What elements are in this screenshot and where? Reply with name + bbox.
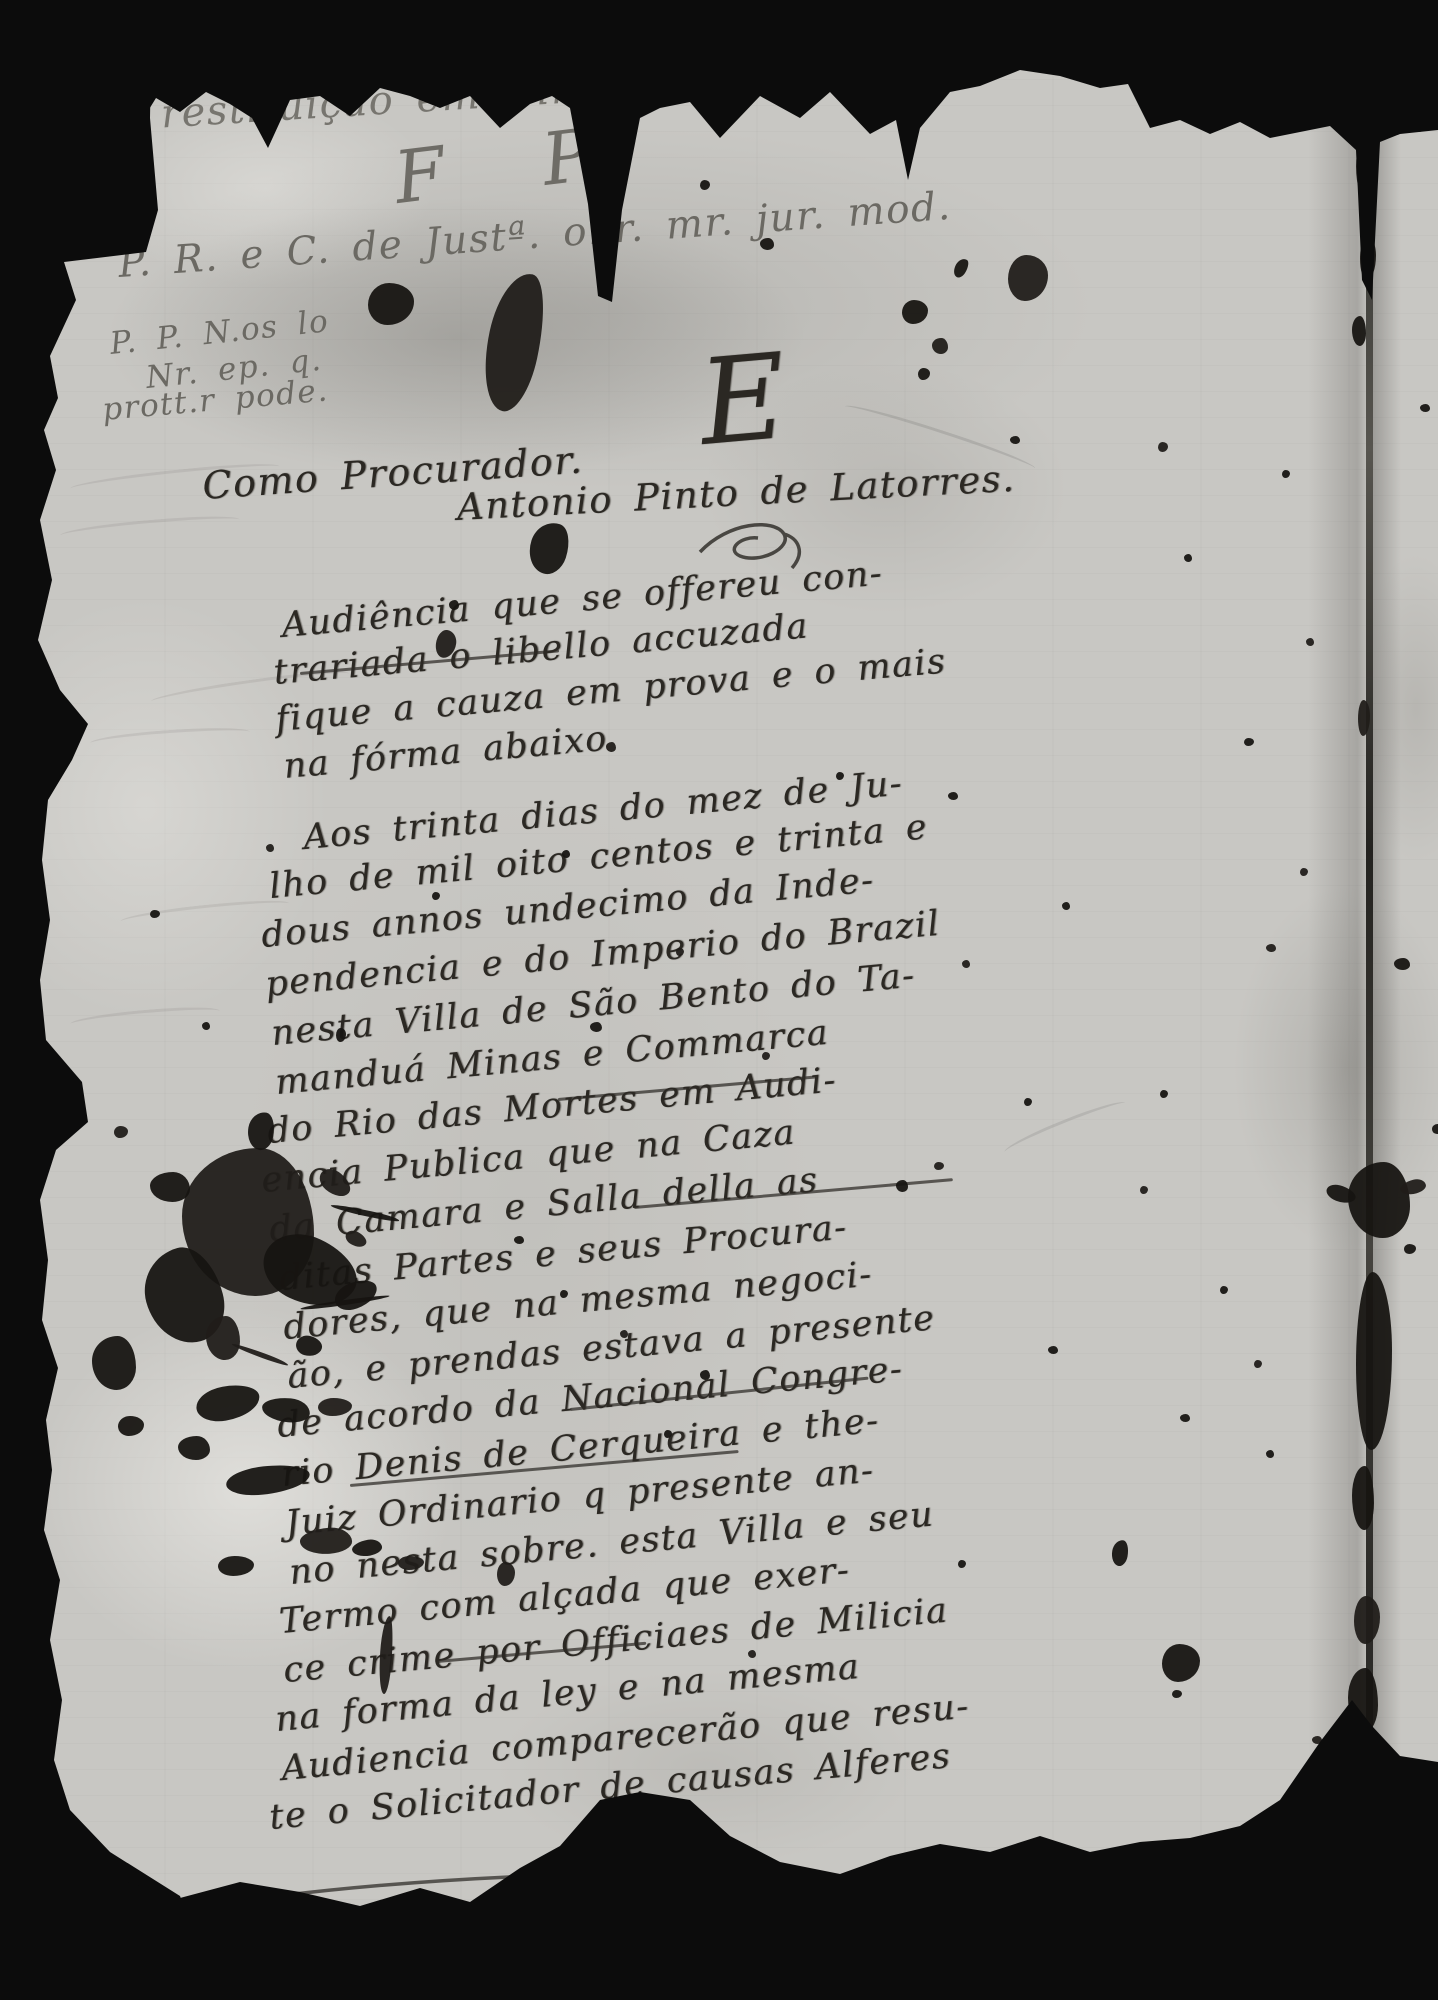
ink-spot bbox=[1180, 1414, 1190, 1422]
ink-spot bbox=[449, 600, 459, 610]
ink-spot bbox=[1420, 404, 1430, 412]
ink-spot bbox=[748, 1650, 756, 1658]
ink-spot bbox=[150, 1172, 190, 1202]
ink-spot bbox=[206, 1316, 240, 1360]
binding-gutter-shadow-right bbox=[1373, 118, 1401, 1944]
ink-spot bbox=[1306, 638, 1314, 646]
heading-paragraph: Audiência que se offereu con- trariada o… bbox=[284, 606, 951, 794]
body-paragraph: Aos trinta dias do mez de Ju- lho de mil… bbox=[262, 818, 975, 1847]
ink-spot bbox=[1266, 1450, 1274, 1458]
side-monogram: E bbox=[694, 327, 792, 472]
ink-spot bbox=[1394, 958, 1410, 970]
ink-spot bbox=[760, 238, 774, 250]
photo-backdrop: de restituição em Dinheiro F P P. R. e C… bbox=[0, 0, 1438, 2000]
ink-spot bbox=[1352, 1466, 1374, 1530]
ink-spot bbox=[620, 1330, 628, 1338]
ink-spot bbox=[514, 1236, 524, 1244]
ink-spot bbox=[700, 1370, 710, 1380]
ink-spot bbox=[1184, 554, 1192, 562]
binding-crease bbox=[1366, 122, 1373, 1940]
ink-spot bbox=[962, 960, 970, 968]
ink-spot bbox=[590, 1022, 602, 1032]
ink-spot bbox=[1048, 1346, 1058, 1354]
ink-spot bbox=[92, 1336, 136, 1390]
ink-spot bbox=[178, 1436, 210, 1460]
ink-spot bbox=[896, 1180, 908, 1192]
ink-spot bbox=[1266, 944, 1276, 952]
ink-spot bbox=[1010, 436, 1020, 444]
ink-spot bbox=[266, 844, 274, 852]
ink-spot bbox=[562, 850, 570, 858]
ink-spot bbox=[1432, 1124, 1438, 1134]
ink-spot bbox=[948, 792, 958, 800]
ink-spot bbox=[932, 338, 948, 354]
ink-spot bbox=[1062, 902, 1070, 910]
ink-spot bbox=[1352, 316, 1366, 346]
ink-spot bbox=[606, 742, 616, 752]
ink-spot bbox=[202, 1022, 210, 1030]
